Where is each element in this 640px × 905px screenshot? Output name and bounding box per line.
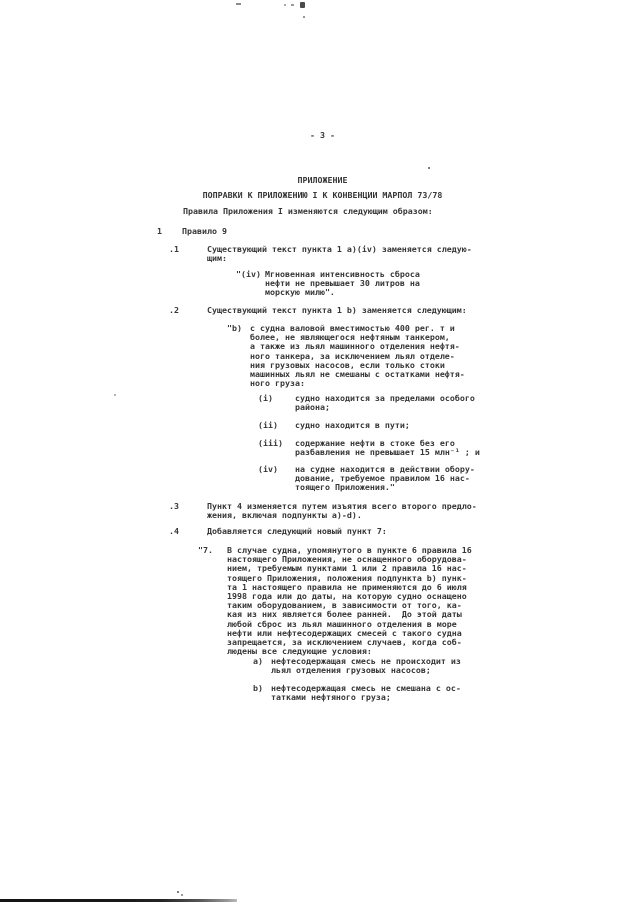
amendment-1-quote-marker: "(iv) [236,270,261,279]
scan-speck [114,394,116,396]
scan-speck [300,2,305,8]
condition-i-marker: (i) [258,394,273,403]
intro-paragraph: Правила Приложения I изменяются следующи… [183,207,433,216]
condition-ii-marker: (ii) [258,421,278,430]
amendment-2-text: Существующий текст пункта 1 b) заменяетс… [207,306,467,315]
amendment-1-marker: .1 [169,245,179,254]
condition-iii-text: содержание нефти в стоке без его разбавл… [295,439,480,457]
scan-speck [291,4,294,6]
appendix-subtitle: ПОПРАВКИ К ПРИЛОЖЕНИЮ I К КОНВЕНЦИИ МАРП… [0,191,640,200]
amendment-4-marker: .4 [169,527,179,536]
paragraph7-sub-b-text: нефтесодержащая смесь не смешана с ос- т… [271,684,461,702]
scan-edge-line [0,899,237,902]
amendment-1-quote-text: Мгновенная интенсивность сброса нефти не… [265,270,420,298]
condition-i-text: судно находится за пределами особого рай… [295,394,475,412]
amendment-2-quote-marker: "b) [227,324,242,333]
page-number: - 3 - [0,131,640,140]
scan-speck [428,167,430,169]
amendment-4-quote-marker: "7. [198,546,213,555]
paragraph7-sub-a-marker: a) [253,657,263,666]
amendment-4-text: Добавляется следующий новый пункт 7: [207,527,387,536]
rule-title: Правило 9 [182,227,227,236]
condition-iv-marker: (iv) [258,465,278,474]
amendment-3-text: Пункт 4 изменяется путем изъятия всего в… [207,502,477,520]
amendment-2-quote-text: с судна валовой вместимостью 400 рег. т … [250,324,465,388]
scan-speck [284,4,286,6]
scan-speck [177,891,179,893]
condition-iii-marker: (iii) [258,439,283,448]
scan-speck [236,3,241,5]
paragraph7-sub-b-marker: b) [253,684,263,693]
paragraph7-sub-a-text: нефтесодержащая смесь не происходит из л… [271,657,461,675]
scan-speck [303,16,305,18]
condition-iv-text: на судне находится в действии обору- дов… [295,465,475,493]
amendment-2-marker: .2 [169,306,179,315]
document-page: - 3 - ПРИЛОЖЕНИЕ ПОПРАВКИ К ПРИЛОЖЕНИЮ I… [0,0,640,905]
amendment-1-text: Существующий текст пункта 1 a)(iv) замен… [207,245,472,263]
scan-speck [181,894,183,896]
rule-number: 1 [157,227,162,236]
amendment-3-marker: .3 [169,502,179,511]
amendment-4-quote-text: В случае судна, упомянутого в пункте 6 п… [227,546,472,656]
condition-ii-text: судно находится в пути; [295,421,410,430]
appendix-title: ПРИЛОЖЕНИЕ [0,176,640,185]
